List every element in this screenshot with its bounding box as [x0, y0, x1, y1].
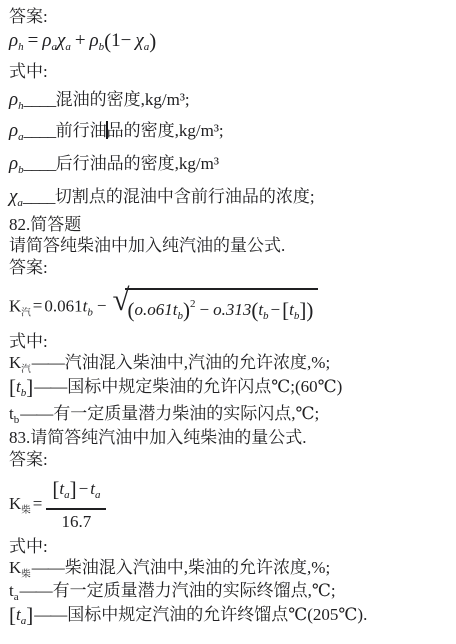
definition-text-before-cursor: 前行油: [56, 121, 107, 140]
K-subscript-chai: 柴: [21, 506, 31, 516]
radical-sign: √: [112, 287, 129, 313]
rho-b-symbol: ρ: [9, 153, 18, 174]
K-symbol: K: [9, 494, 21, 513]
plus-sign: +: [75, 30, 86, 51]
definition-chi-a: χa____切割点的混油中含前行油品的浓度;: [9, 186, 315, 214]
em-dash: ——: [32, 558, 64, 577]
K-subscript-qi: 汽: [21, 365, 31, 375]
answer-label-q83: 答案:: [9, 449, 48, 471]
where-label-text: 式中:: [9, 62, 48, 81]
definition-text: 国标中规定汽油的允许终馏点℃(205℃).: [67, 605, 367, 624]
underscore-dash: ____: [24, 90, 56, 109]
em-dash: ——: [20, 404, 52, 423]
definition-text: 后行油品的密度,kg/m³: [56, 154, 219, 173]
chi-a2-symbol: χ: [135, 30, 143, 51]
fraction-numerator: [ta]−ta: [46, 478, 106, 510]
exponent-2: 2: [190, 298, 196, 310]
left-bracket: [: [9, 603, 16, 627]
definition-text: 切割点的混油中含前行油品的浓度;: [55, 187, 315, 206]
answer-label-q81: 答案:: [9, 6, 48, 28]
K-symbol: K: [9, 558, 21, 577]
equals-sign: =: [33, 494, 43, 513]
em-dash: ——: [32, 353, 64, 372]
answer-label-text: 答案:: [9, 258, 48, 277]
em-dash: ——: [20, 581, 52, 600]
definition-text: 有一定质量潜力汽油的实际终馏点,℃;: [53, 581, 336, 600]
where-label-text: 式中:: [9, 537, 48, 556]
where-label-q82: 式中:: [9, 331, 48, 353]
em-dash: ——: [34, 605, 66, 624]
question-83-text: 83.请简答纯汽油中加入纯柴油的量公式.: [9, 427, 307, 449]
K-symbol: K: [9, 296, 21, 315]
definition-rho-a: ρa____前行油品的密度,kg/m³;: [9, 120, 224, 148]
definition-ta-bracketed: [ta]——国标中规定汽油的允许终馏点℃(205℃).: [9, 604, 367, 632]
definition-rho-b: ρb____后行油品的密度,kg/m³: [9, 153, 219, 181]
rho-b-symbol: ρ: [90, 30, 99, 51]
t-subscript-b: b: [14, 414, 20, 426]
equals-sign: =: [33, 296, 43, 315]
answer-label-text: 答案:: [9, 7, 48, 26]
rho-a-symbol: ρ: [9, 120, 18, 141]
coefficient-oo61: o.o61: [134, 300, 172, 319]
right-paren: ): [183, 298, 190, 322]
minus-sign: −: [97, 296, 107, 315]
radicand: (o.o61tb)2−o.313(tb−[tb]): [125, 288, 318, 327]
question-text: 请简答纯柴油中加入纯汽油的量公式.: [9, 236, 285, 255]
rho-h-symbol: ρ: [9, 30, 18, 51]
rho-h-subscript: h: [18, 41, 24, 53]
right-paren: ): [306, 298, 313, 322]
coefficient-0061: 0.061: [44, 296, 82, 315]
formula-mixed-oil-density: ρh=ρaχa+ρb(1−χa): [9, 30, 156, 58]
definition-rho-h: ρh____混油的密度,kg/m³;: [9, 89, 190, 117]
underscore-dash: ____: [24, 121, 56, 140]
t-subscript-b: b: [87, 306, 93, 318]
K-subscript-qi: 汽: [21, 308, 31, 318]
fraction: [ta]−ta16.7: [46, 478, 106, 532]
coefficient-o313: o.313: [213, 300, 251, 319]
definition-text: 国标中规定柴油的允许闪点℃;(60℃): [67, 377, 342, 396]
definition-text: 汽油混入柴油中,汽油的允许浓度,%;: [65, 353, 330, 372]
document-page: 答案: ρh=ρaχa+ρb(1−χa) 式中: ρh____混油的密度,kg/…: [0, 0, 456, 644]
formula-diesel-into-gasoline: K柴=[ta]−ta16.7: [9, 478, 106, 532]
question-82-title: 82.简答题: [9, 214, 81, 236]
minus-sign: −: [271, 300, 281, 319]
equals-sign: =: [28, 30, 39, 51]
definition-text: 有一定质量潜力柴油的实际闪点,℃;: [53, 404, 319, 423]
left-bracket: [: [9, 375, 16, 399]
K-symbol: K: [9, 353, 21, 372]
underscore-dash: ____: [23, 187, 55, 206]
right-bracket: ]: [26, 603, 33, 627]
t-subscript-b: b: [263, 310, 269, 322]
where-label-text: 式中:: [9, 332, 48, 351]
answer-label-text: 答案:: [9, 450, 48, 469]
K-subscript-chai: 柴: [21, 570, 31, 580]
definition-text: 柴油混入汽油中,柴油的允许浓度,%;: [65, 558, 330, 577]
square-root: √(o.o61tb)2−o.313(tb−[tb]): [112, 288, 318, 327]
t-subscript-a: a: [14, 591, 19, 603]
minus-sign: −: [199, 300, 209, 319]
chi-a-subscript: a: [65, 41, 71, 53]
minus-sign: −: [79, 479, 89, 498]
right-bracket: ]: [70, 477, 77, 501]
definition-text: 混油的密度,kg/m³;: [56, 90, 190, 109]
rho-h-symbol: ρ: [9, 89, 18, 110]
definition-text-after-cursor: 品的密度,kg/m³;: [107, 121, 224, 140]
where-label-q83: 式中:: [9, 536, 48, 558]
right-bracket: ]: [26, 375, 33, 399]
where-label-q81: 式中:: [9, 61, 48, 83]
right-paren: ): [149, 29, 156, 53]
formula-gasoline-into-diesel: K汽=0.061tb−√(o.o61tb)2−o.313(tb−[tb]): [9, 288, 318, 327]
question-82-text: 请简答纯柴油中加入纯汽油的量公式.: [9, 235, 285, 257]
question-text: 83.请简答纯汽油中加入纯柴油的量公式.: [9, 428, 307, 447]
fraction-denominator: 16.7: [62, 510, 92, 532]
question-number-title: 82.简答题: [9, 215, 81, 234]
definition-tb-bracketed: [tb]——国标中规定柴油的允许闪点℃;(60℃): [9, 376, 342, 404]
answer-label-q82: 答案:: [9, 257, 48, 279]
t-subscript-a: a: [95, 489, 101, 501]
em-dash: ——: [34, 377, 66, 396]
one-minus: 1−: [111, 30, 131, 51]
underscore-dash: ____: [24, 154, 56, 173]
